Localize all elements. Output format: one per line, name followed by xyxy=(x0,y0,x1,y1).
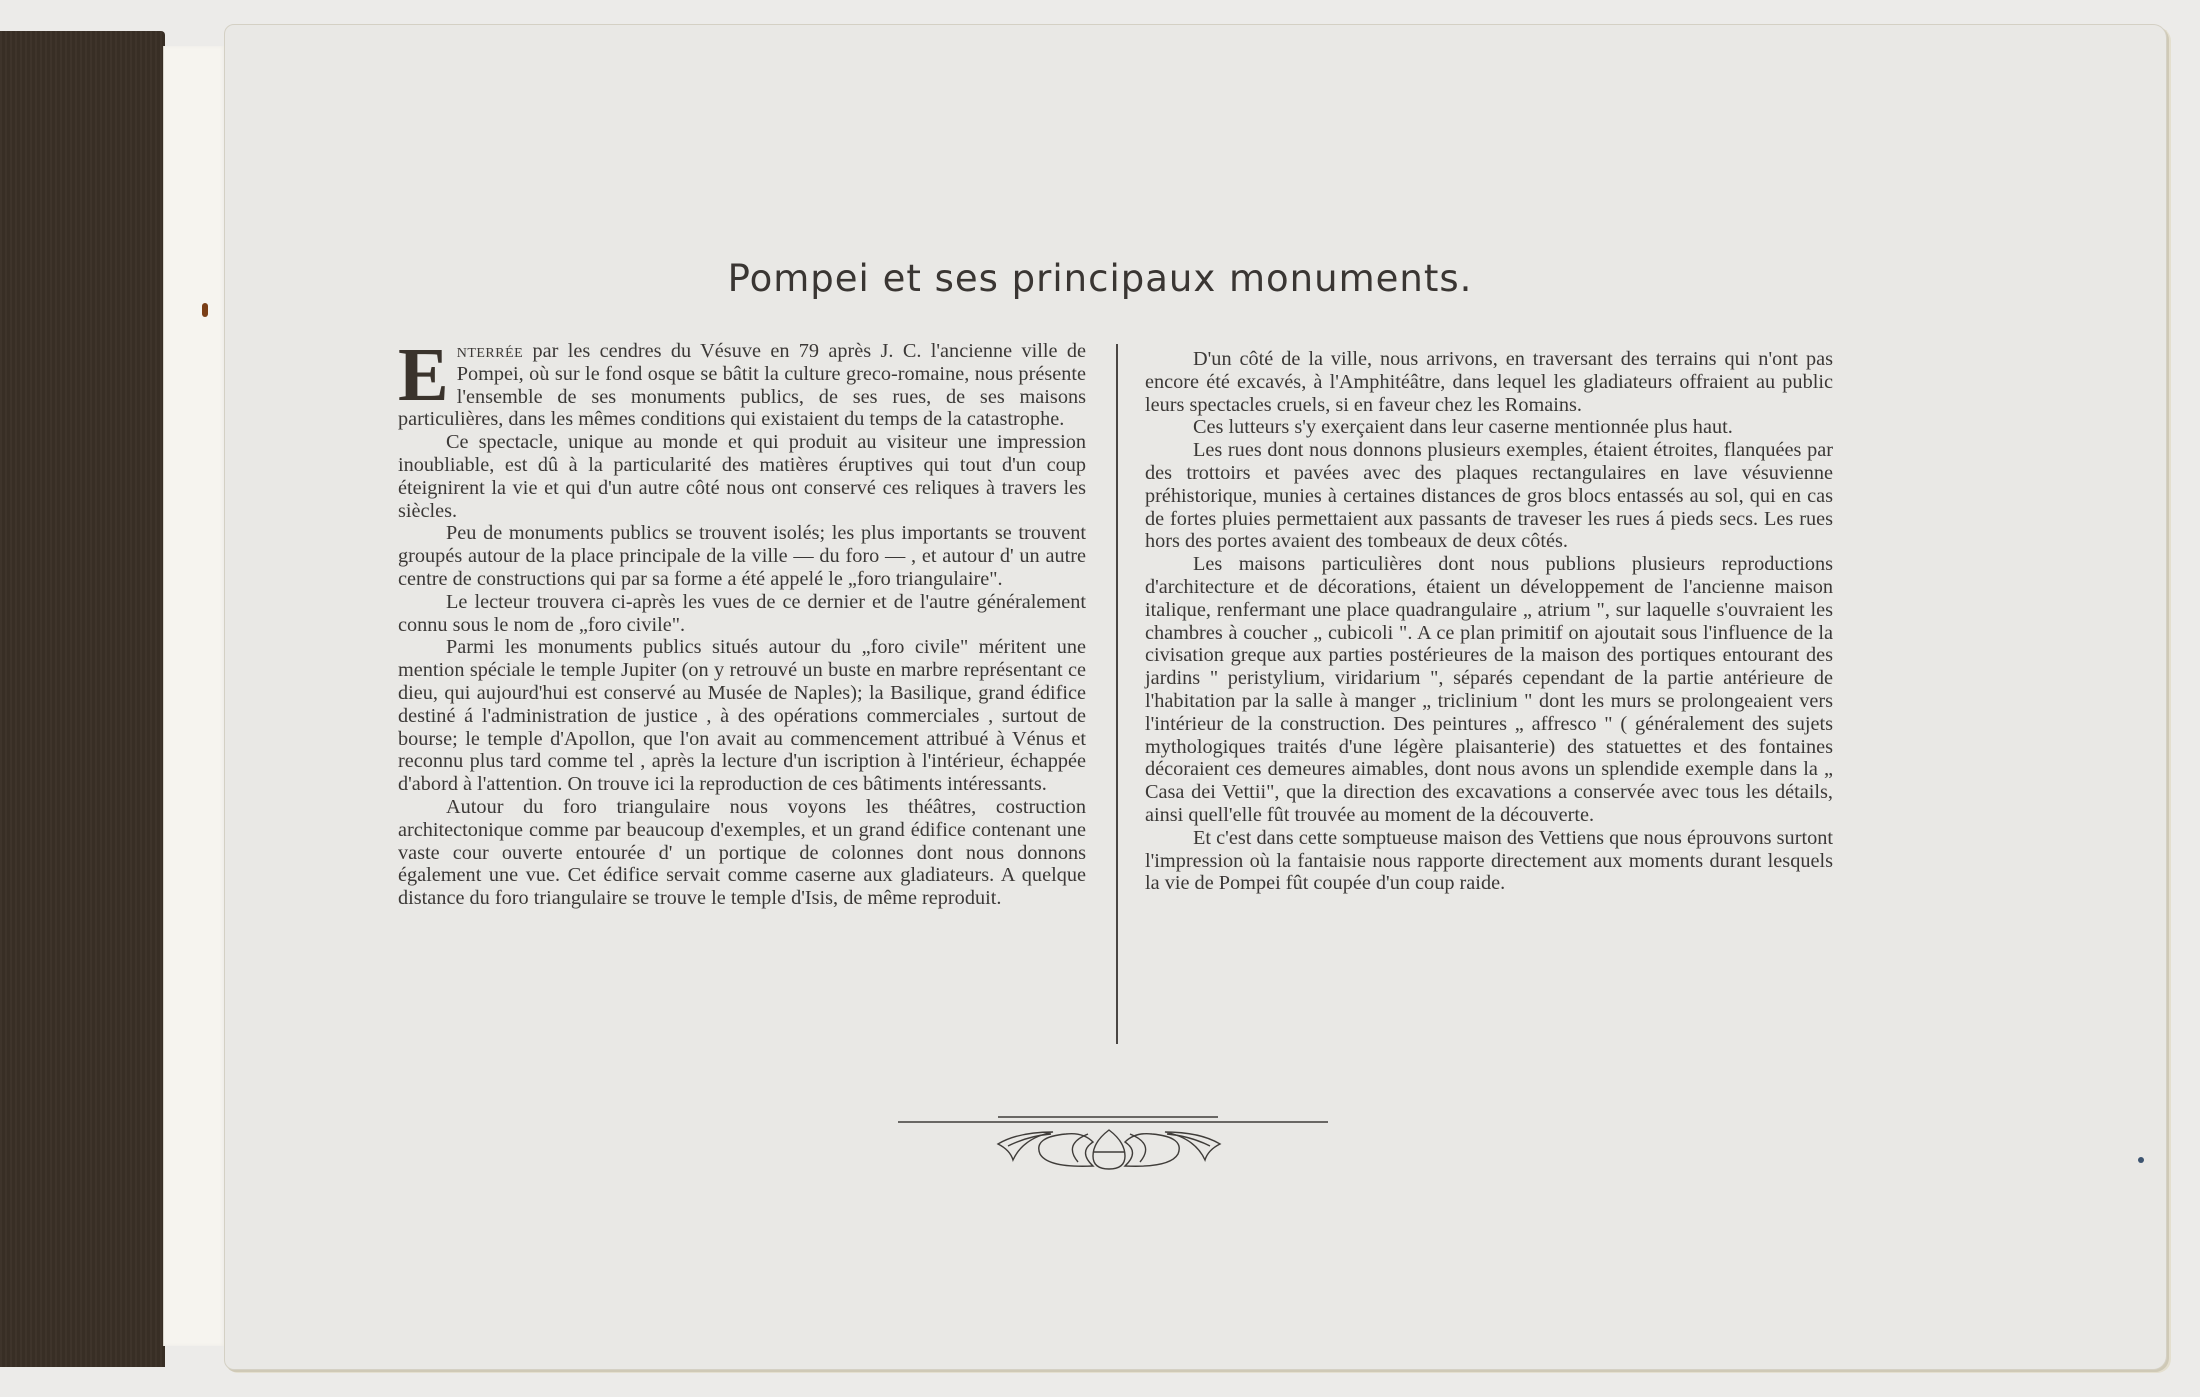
paragraph: Enterrée par les cendres du Vésuve en 79… xyxy=(398,340,1086,431)
paragraph: Autour du foro triangulaire nous voyons … xyxy=(398,796,1086,910)
book-cover xyxy=(0,31,165,1367)
right-column: D'un côté de la ville, nous arrivons, en… xyxy=(1145,348,1833,895)
lead-smallcaps: nterrée xyxy=(457,340,524,362)
paragraph: Peu de monuments publics se trouvent iso… xyxy=(398,522,1086,590)
paragraph: Les maisons particulières dont nous publ… xyxy=(1145,553,1833,827)
ornament-tailpiece-icon xyxy=(888,1112,1334,1172)
paragraph: Ces lutteurs s'y exerçaient dans leur ca… xyxy=(1145,416,1833,439)
drop-cap: E xyxy=(398,344,449,406)
paragraph: Et c'est dans cette somptueuse maison de… xyxy=(1145,827,1833,895)
paragraph: Ce spectacle, unique au monde et qui pro… xyxy=(398,431,1086,522)
ink-spot xyxy=(2138,1157,2144,1163)
paragraph: Parmi les monuments publics situés autou… xyxy=(398,636,1086,796)
rust-stain xyxy=(202,303,208,317)
paragraph: Les rues dont nous donnons plusieurs exe… xyxy=(1145,439,1833,553)
column-divider xyxy=(1116,344,1118,1044)
left-column: Enterrée par les cendres du Vésuve en 79… xyxy=(398,340,1086,910)
page-title: Pompei et ses principaux monuments. xyxy=(0,257,2200,300)
paragraph: D'un côté de la ville, nous arrivons, en… xyxy=(1145,348,1833,416)
flyleaf xyxy=(163,46,226,1346)
paragraph: Le lecteur trouvera ci-après les vues de… xyxy=(398,591,1086,637)
